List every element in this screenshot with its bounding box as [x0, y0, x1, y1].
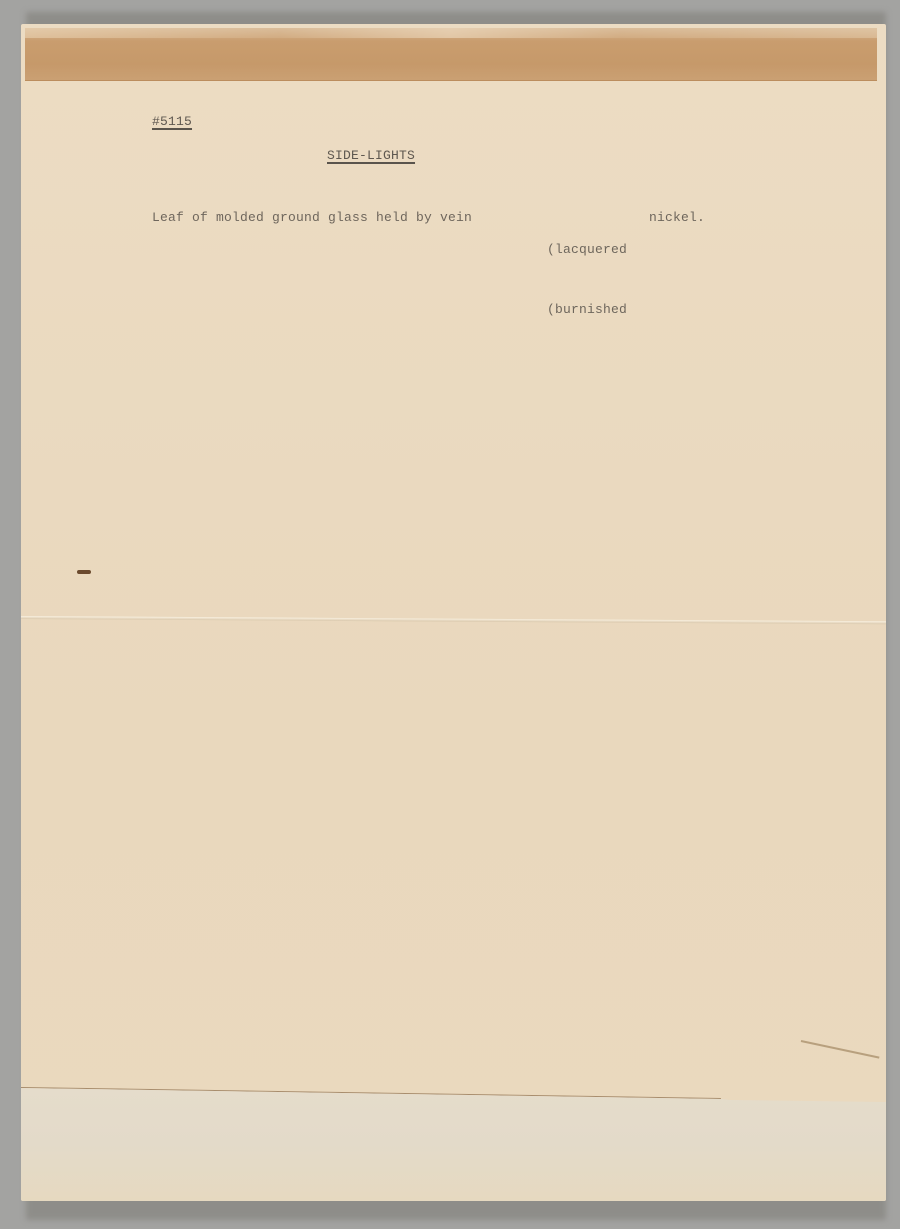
finish-option-burnished: (burnished	[547, 300, 627, 320]
top-tape-strip	[25, 28, 877, 81]
description-suffix: nickel.	[649, 210, 705, 225]
ink-speck	[77, 570, 91, 574]
document-sheet: #5115 SIDE-LIGHTS Leaf of molded ground …	[21, 24, 886, 1201]
finish-options: (lacquered (burnished	[547, 200, 627, 360]
fold-crease	[21, 616, 886, 624]
description-line: Leaf of molded ground glass held by vein…	[152, 210, 184, 250]
section-title: SIDE-LIGHTS	[327, 148, 415, 163]
description-prefix: Leaf of molded ground glass held by vein	[152, 210, 472, 225]
bottom-tape-strip	[21, 1088, 886, 1201]
finish-option-lacquered: (lacquered	[547, 240, 627, 260]
paper-tear	[801, 1040, 880, 1059]
catalog-number: #5115	[152, 114, 192, 129]
